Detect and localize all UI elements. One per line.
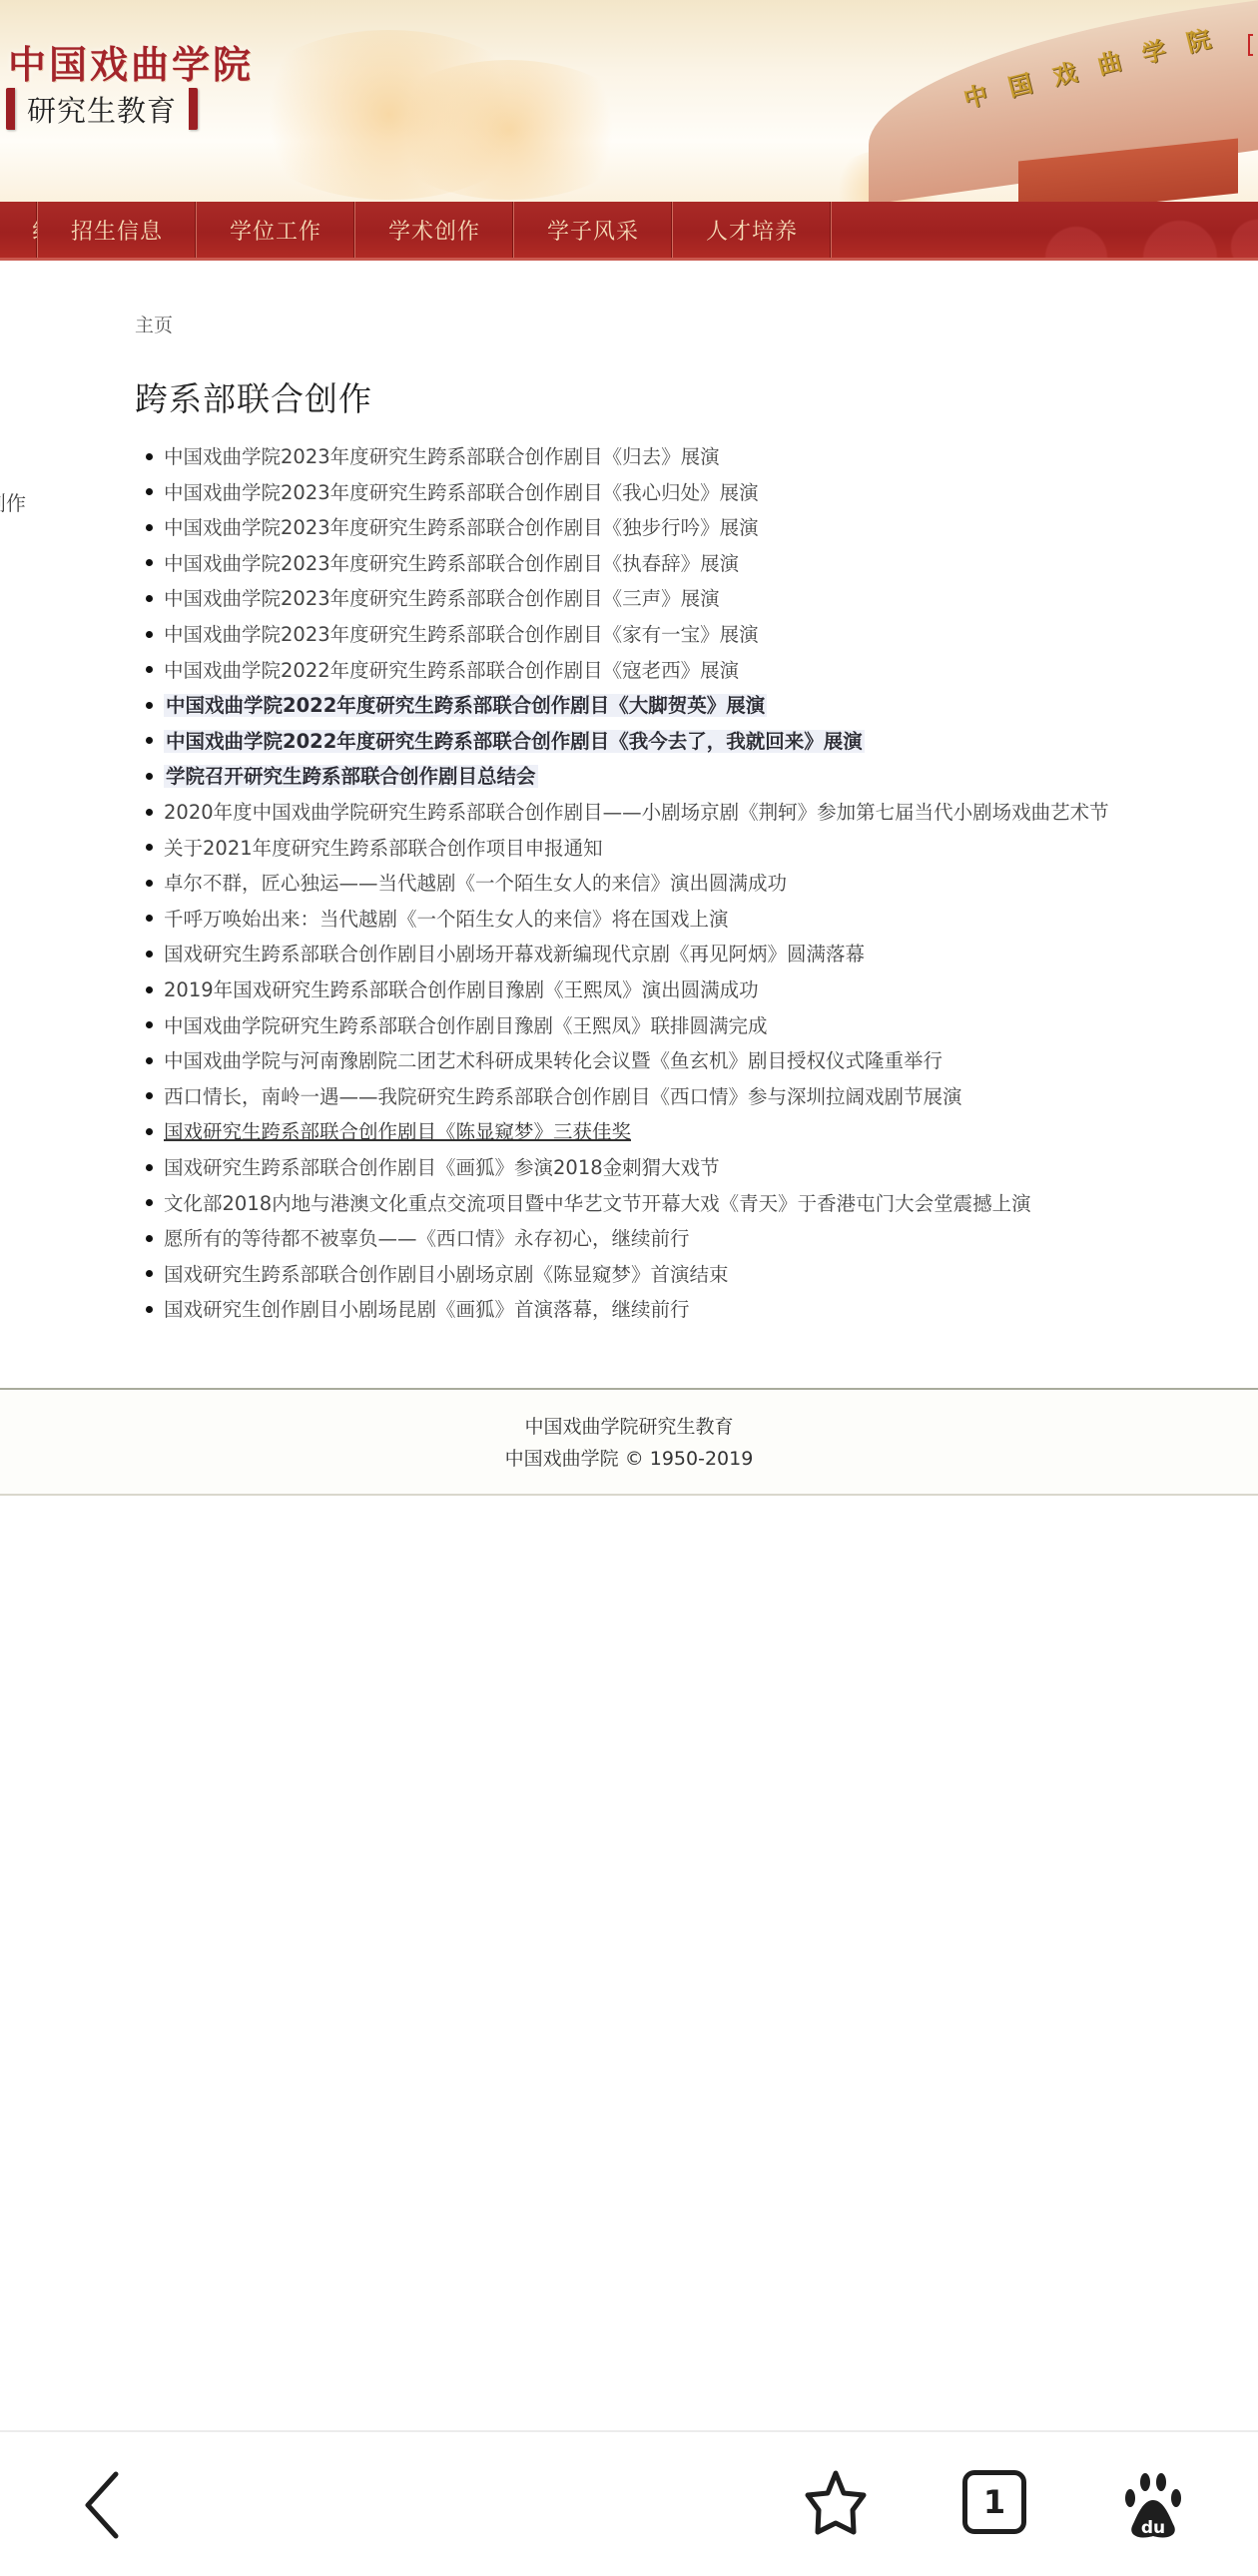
bullet-icon — [146, 1057, 153, 1064]
bullet-icon — [146, 1128, 153, 1135]
bullet-icon — [146, 809, 153, 816]
nav-item-about[interactable]: 绍 — [0, 202, 38, 258]
bullet-icon — [146, 1306, 153, 1313]
site-logo[interactable]: 中国戏曲学院 — [8, 34, 254, 89]
bullet-icon — [146, 773, 153, 780]
bullet-icon — [146, 951, 153, 958]
news-link[interactable]: 愿所有的等待都不被辜负——《西口情》永存初心，继续前行 — [164, 1227, 690, 1250]
news-link[interactable]: 中国戏曲学院2023年度研究生跨系部联合创作剧目《独步行吟》展演 — [164, 516, 759, 539]
site-banner: 中国戏曲学院 中国戏曲学院 研究生教育 — [0, 0, 1258, 202]
bullet-icon — [146, 1164, 153, 1171]
news-link[interactable]: 西口情长，南岭一遇——我院研究生跨系部联合创作剧目《西口情》参与深圳拉阔戏剧节展… — [164, 1085, 962, 1108]
site-footer: 中国戏曲学院研究生教育 中国戏曲学院 © 1950-2019 — [0, 1388, 1258, 1496]
news-list-item: 学院召开研究生跨系部联合创作剧目总结会 — [146, 761, 538, 793]
bullet-icon — [146, 737, 153, 744]
news-link[interactable]: 学院召开研究生跨系部联合创作剧目总结会 — [164, 765, 538, 788]
news-link[interactable]: 中国戏曲学院2023年度研究生跨系部联合创作剧目《家有一宝》展演 — [164, 623, 759, 646]
news-link[interactable]: 中国戏曲学院2022年度研究生跨系部联合创作剧目《大脚贺英》展演 — [164, 694, 767, 717]
bracket-fragment-decoration — [1248, 34, 1253, 56]
bullet-icon — [146, 702, 153, 709]
main-nav: 绍 招生信息 学位工作 学术创作 学子风采 人才培养 — [0, 202, 1258, 261]
nav-item-talent-training[interactable]: 人才培养 — [673, 202, 832, 258]
news-link[interactable]: 国戏研究生跨系部联合创作剧目小剧场开幕戏新编现代京剧《再见阿炳》圆满落幕 — [164, 943, 865, 966]
news-list-item: 中国戏曲学院2023年度研究生跨系部联合创作剧目《家有一宝》展演 — [146, 619, 759, 651]
news-link[interactable]: 文化部2018内地与港澳文化重点交流项目暨中华艺文节开幕大戏《青天》于香港屯门大… — [164, 1192, 1031, 1215]
site-subtitle: 研究生教育 — [6, 86, 198, 132]
bullet-icon — [146, 1270, 153, 1277]
news-link[interactable]: 中国戏曲学院研究生跨系部联合创作剧目豫剧《王熙凤》联排圆满完成 — [164, 1014, 768, 1037]
bullet-icon — [146, 915, 153, 922]
news-link[interactable]: 2020年度中国戏曲学院研究生跨系部联合创作剧目——小剧场京剧《荆轲》参加第七届… — [164, 801, 1109, 824]
bullet-icon — [146, 880, 153, 887]
bullet-icon — [146, 559, 153, 566]
site-subtitle-text: 研究生教育 — [15, 89, 189, 130]
news-link[interactable]: 中国戏曲学院与河南豫剧院二团艺术科研成果转化会议暨《鱼玄机》剧目授权仪式隆重举行 — [164, 1049, 943, 1072]
baidu-paw-icon: du — [1120, 2470, 1186, 2540]
news-link[interactable]: 中国戏曲学院2022年度研究生跨系部联合创作剧目《寇老西》展演 — [164, 659, 739, 682]
news-list-item: 中国戏曲学院研究生跨系部联合创作剧目豫剧《王熙凤》联排圆满完成 — [146, 1010, 768, 1042]
news-list-item: 愿所有的等待都不被辜负——《西口情》永存初心，继续前行 — [146, 1223, 690, 1255]
bullet-icon — [146, 1021, 153, 1028]
nav-item-admissions[interactable]: 招生信息 — [38, 202, 197, 258]
news-link[interactable]: 中国戏曲学院2022年度研究生跨系部联合创作剧目《我今去了，我就回来》展演 — [164, 730, 865, 753]
news-link[interactable]: 千呼万唤始出来：当代越剧《一个陌生女人的来信》将在国戏上演 — [164, 908, 729, 931]
baidu-home-button[interactable]: du — [1120, 2470, 1186, 2540]
breadcrumb-home[interactable]: 主页 — [135, 311, 173, 337]
news-list-item: 中国戏曲学院2023年度研究生跨系部联合创作剧目《三声》展演 — [146, 583, 720, 615]
bracket-right-decoration — [189, 88, 198, 130]
news-list-item: 中国戏曲学院2023年度研究生跨系部联合创作剧目《执春辞》展演 — [146, 548, 739, 580]
svg-text:du: du — [1141, 2518, 1165, 2538]
news-list-item: 国戏研究生跨系部联合创作剧目小剧场京剧《陈显窥梦》首演结束 — [146, 1259, 729, 1291]
star-icon — [801, 2468, 871, 2538]
nav-pattern-decoration — [998, 202, 1258, 258]
tab-count-icon: 1 — [962, 2470, 1026, 2534]
news-list-item: 中国戏曲学院2023年度研究生跨系部联合创作剧目《归去》展演 — [146, 441, 720, 473]
news-list-item: 文化部2018内地与港澳文化重点交流项目暨中华艺文节开幕大戏《青天》于香港屯门大… — [146, 1188, 1031, 1220]
news-list-item: 国戏研究生跨系部联合创作剧目小剧场开幕戏新编现代京剧《再见阿炳》圆满落幕 — [146, 939, 865, 970]
news-link[interactable]: 国戏研究生创作剧目小剧场昆剧《画狐》首演落幕，继续前行 — [164, 1298, 690, 1321]
nav-item-degrees[interactable]: 学位工作 — [197, 202, 355, 258]
bullet-icon — [146, 1235, 153, 1242]
news-list-item: 国戏研究生创作剧目小剧场昆剧《画狐》首演落幕，继续前行 — [146, 1294, 690, 1326]
news-link[interactable]: 卓尔不群，匠心独运——当代越剧《一个陌生女人的来信》演出圆满成功 — [164, 872, 787, 895]
tab-count: 1 — [983, 2483, 1005, 2521]
news-link[interactable]: 国戏研究生跨系部联合创作剧目小剧场京剧《陈显窥梦》首演结束 — [164, 1263, 729, 1286]
bullet-icon — [146, 1199, 153, 1206]
news-link[interactable]: 关于2021年度研究生跨系部联合创作项目申报通知 — [164, 837, 603, 860]
news-list-item: 中国戏曲学院2022年度研究生跨系部联合创作剧目《我今去了，我就回来》展演 — [146, 726, 865, 758]
news-link[interactable]: 中国戏曲学院2023年度研究生跨系部联合创作剧目《归去》展演 — [164, 445, 720, 468]
bullet-icon — [146, 453, 153, 460]
nav-item-student-showcase[interactable]: 学子风采 — [514, 202, 673, 258]
news-list-item: 国戏研究生跨系部联合创作剧目《画狐》参演2018金刺猬大戏节 — [146, 1152, 720, 1184]
news-list-item: 中国戏曲学院2022年度研究生跨系部联合创作剧目《大脚贺英》展演 — [146, 690, 767, 722]
news-list-item: 千呼万唤始出来：当代越剧《一个陌生女人的来信》将在国戏上演 — [146, 904, 729, 936]
nav-item-label: 学术创作 — [388, 215, 480, 246]
news-link[interactable]: 中国戏曲学院2023年度研究生跨系部联合创作剧目《执春辞》展演 — [164, 552, 739, 575]
browser-toolbar: 1 du — [0, 2430, 1258, 2576]
news-list-item: 中国戏曲学院与河南豫剧院二团艺术科研成果转化会议暨《鱼玄机》剧目授权仪式隆重举行 — [146, 1045, 943, 1077]
news-list-item: 关于2021年度研究生跨系部联合创作项目申报通知 — [146, 833, 603, 865]
bullet-icon — [146, 844, 153, 851]
news-link[interactable]: 2019年国戏研究生跨系部联合创作剧目豫剧《王熙凤》演出圆满成功 — [164, 978, 759, 1001]
bookmark-button[interactable] — [801, 2468, 871, 2538]
bullet-icon — [146, 666, 153, 673]
news-link[interactable]: 国戏研究生跨系部联合创作剧目《陈显窥梦》三获佳奖 — [164, 1120, 631, 1143]
bracket-left-decoration — [6, 88, 15, 130]
bullet-icon — [146, 595, 153, 602]
news-link[interactable]: 中国戏曲学院2023年度研究生跨系部联合创作剧目《我心归处》展演 — [164, 481, 759, 504]
news-list-item: 西口情长，南岭一遇——我院研究生跨系部联合创作剧目《西口情》参与深圳拉阔戏剧节展… — [146, 1081, 962, 1113]
nav-item-academic-creation[interactable]: 学术创作 — [355, 202, 514, 258]
back-button[interactable] — [78, 2470, 128, 2540]
cloud-decoration — [379, 60, 639, 200]
sidebar-item-joint-creation[interactable]: 联合创作 — [0, 487, 26, 516]
bullet-icon — [146, 986, 153, 993]
tabs-button[interactable]: 1 — [962, 2470, 1028, 2536]
news-list-item: 2020年度中国戏曲学院研究生跨系部联合创作剧目——小剧场京剧《荆轲》参加第七届… — [146, 797, 1109, 829]
news-link[interactable]: 中国戏曲学院2023年度研究生跨系部联合创作剧目《三声》展演 — [164, 587, 720, 610]
news-list-item: 卓尔不群，匠心独运——当代越剧《一个陌生女人的来信》演出圆满成功 — [146, 868, 787, 900]
chevron-left-icon — [78, 2470, 128, 2540]
nav-item-label: 学子风采 — [547, 215, 639, 246]
nav-item-label: 人才培养 — [706, 215, 798, 246]
nav-item-label: 学位工作 — [230, 215, 321, 246]
bullet-icon — [146, 488, 153, 495]
news-list-item: 中国戏曲学院2023年度研究生跨系部联合创作剧目《独步行吟》展演 — [146, 512, 759, 544]
bullet-icon — [146, 1092, 153, 1099]
footer-copyright: 中国戏曲学院 © 1950-2019 — [0, 1444, 1258, 1471]
page-title: 跨系部联合创作 — [135, 373, 372, 420]
footer-site-name: 中国戏曲学院研究生教育 — [0, 1412, 1258, 1439]
news-list-item: 国戏研究生跨系部联合创作剧目《陈显窥梦》三获佳奖 — [146, 1116, 631, 1148]
news-link[interactable]: 国戏研究生跨系部联合创作剧目《画狐》参演2018金刺猬大戏节 — [164, 1156, 720, 1179]
bullet-icon — [146, 524, 153, 531]
bullet-icon — [146, 631, 153, 638]
news-list-item: 中国戏曲学院2022年度研究生跨系部联合创作剧目《寇老西》展演 — [146, 655, 739, 687]
nav-item-label: 招生信息 — [71, 215, 163, 246]
news-list-item: 中国戏曲学院2023年度研究生跨系部联合创作剧目《我心归处》展演 — [146, 477, 759, 509]
news-list-item: 2019年国戏研究生跨系部联合创作剧目豫剧《王熙凤》演出圆满成功 — [146, 974, 759, 1006]
